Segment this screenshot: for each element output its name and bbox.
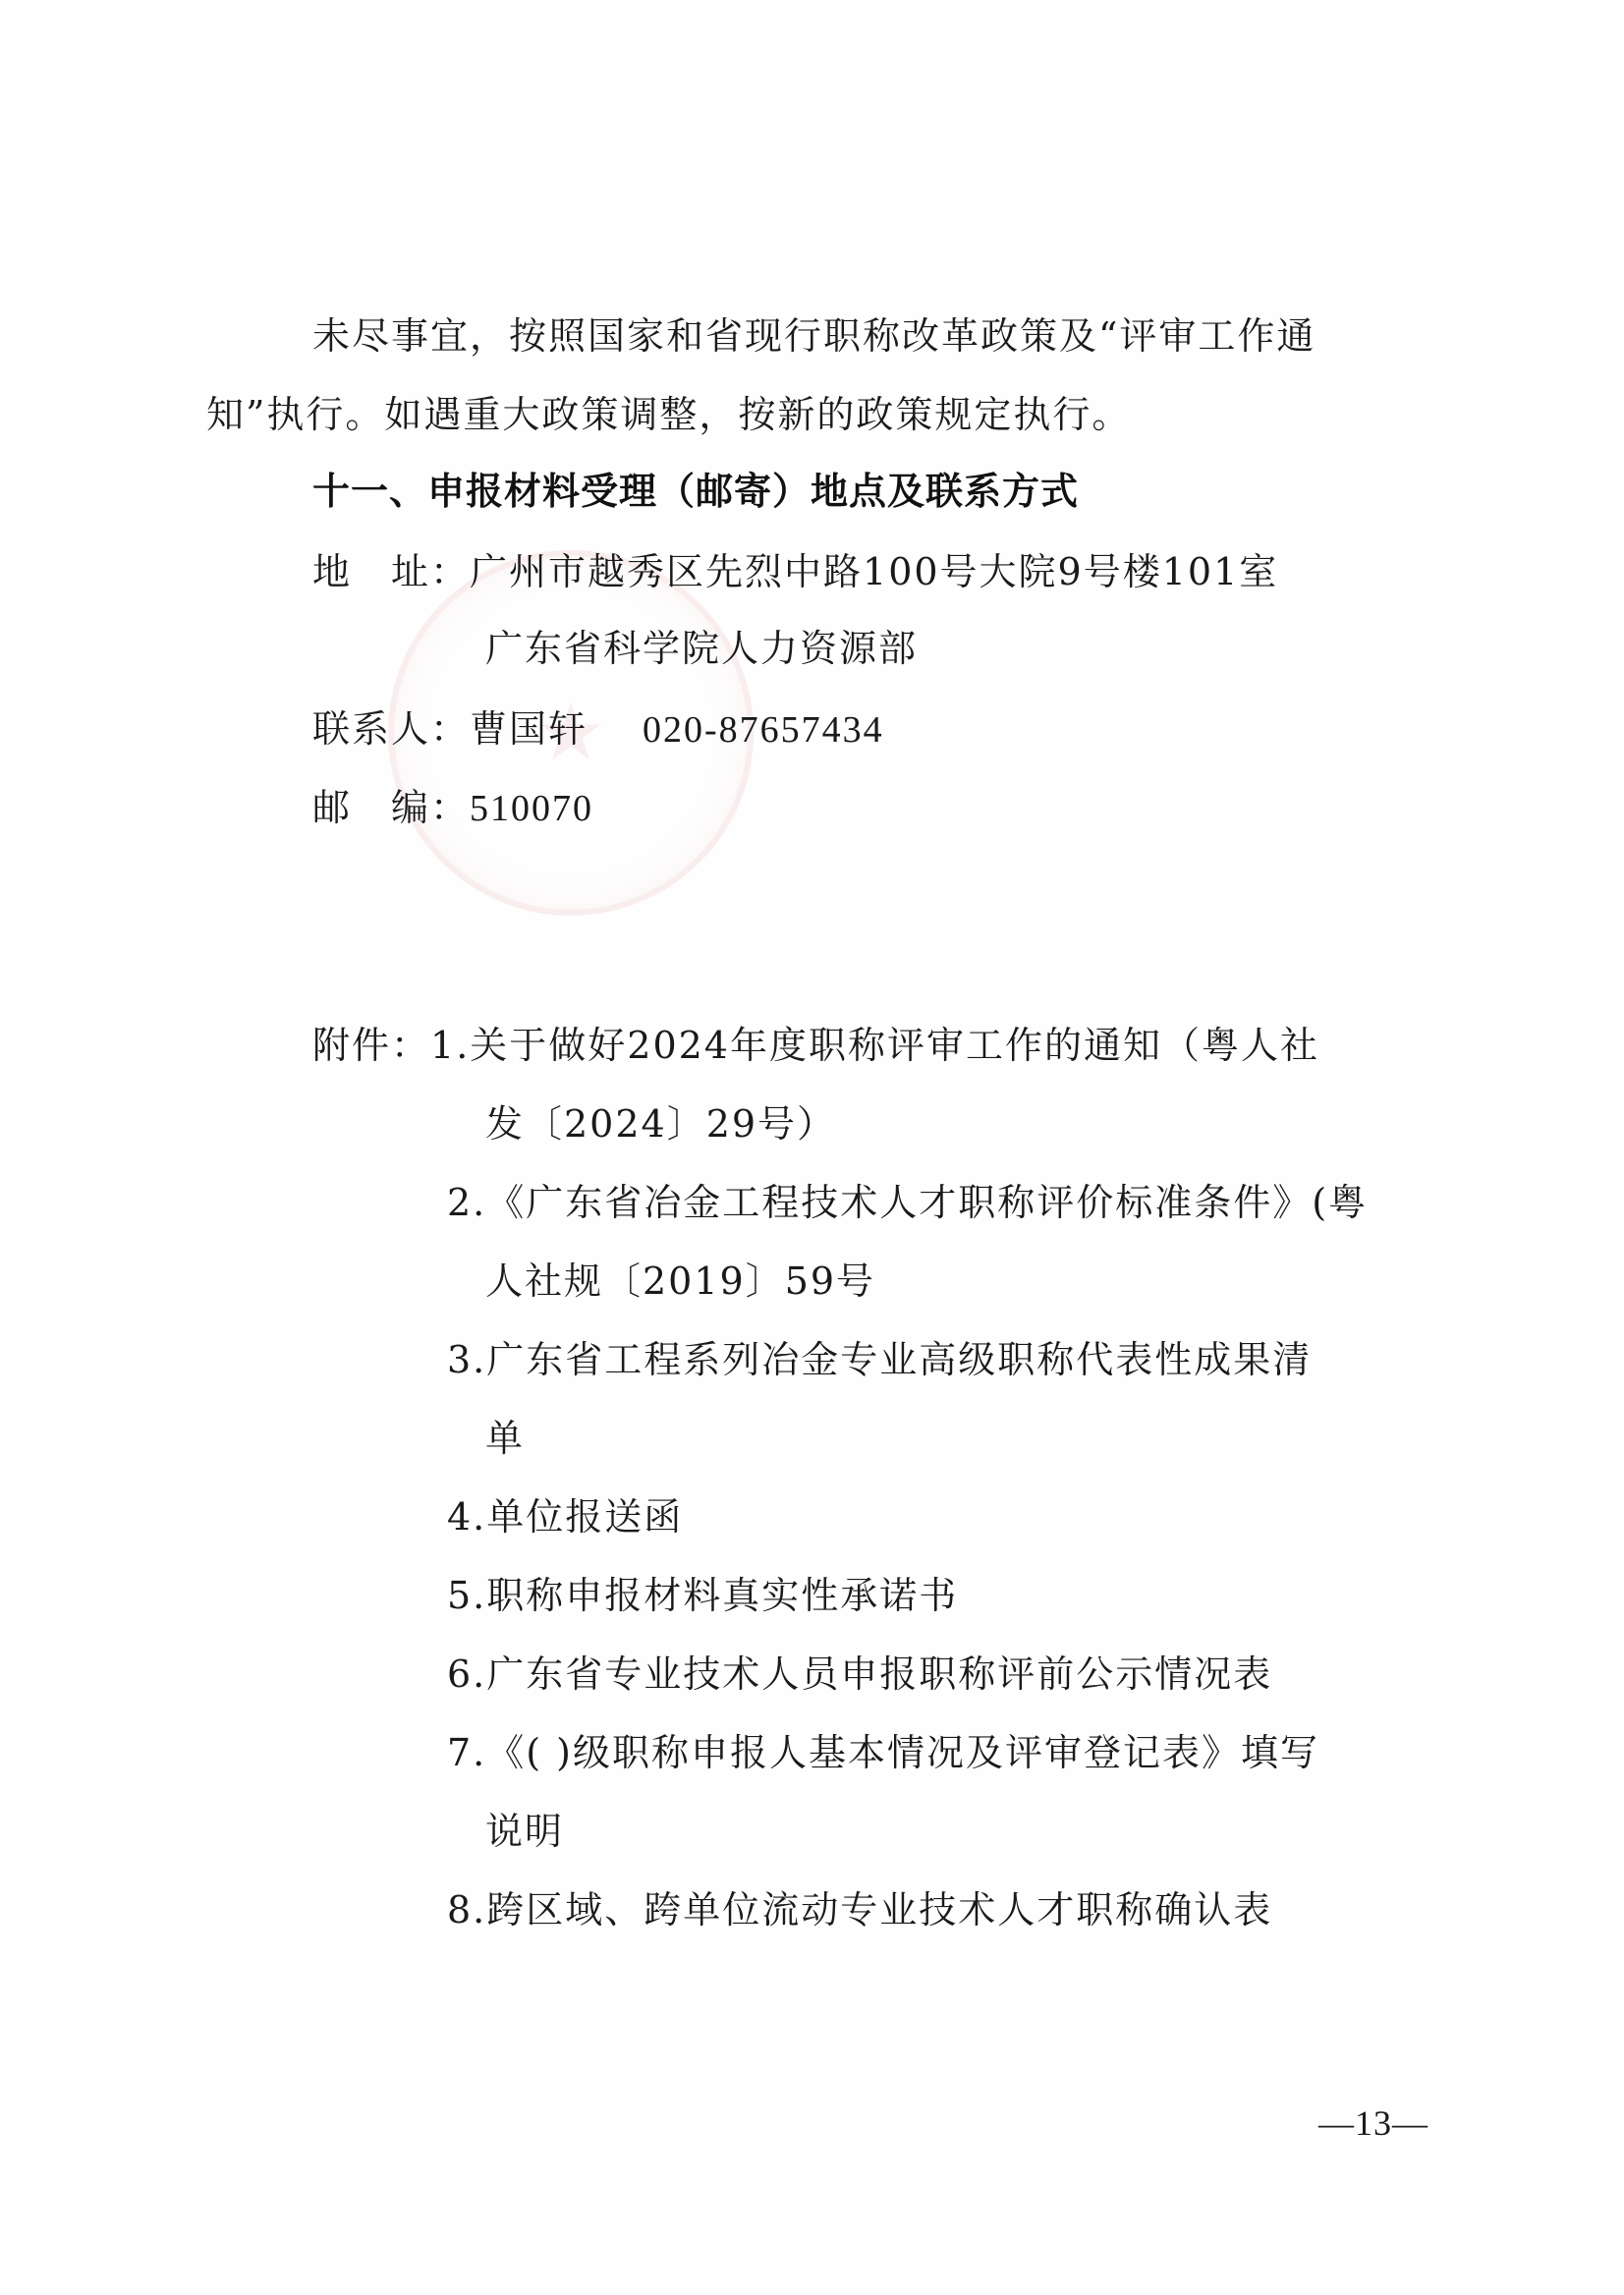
attachment-title: 《( )级职称申报人基本情况及评审登记表》填写 [486,1731,1319,1774]
attachment-item-2: 2.《广东省冶金工程技术人才职称评价标准条件》(粤 [447,1179,1368,1226]
postcode-row: 邮 编：510070 [312,784,593,832]
intro-paragraph-line-2: 知”执行。如遇重大政策调整，按新的政策规定执行。 [206,391,1131,438]
attachment-item-3: 3.广东省工程系列冶金专业高级职称代表性成果清 [447,1336,1312,1383]
address-value: 广州市越秀区先烈中路100号大院9号楼101室 [470,550,1278,593]
address-label: 地 址： [312,550,470,593]
attachment-title: 广东省工程系列冶金专业高级职称代表性成果清 [486,1338,1312,1381]
address-line-2: 广东省科学院人力资源部 [485,625,918,672]
attachment-item-8: 8.跨区域、跨单位流动专业技术人才职称确认表 [447,1886,1272,1933]
contact-person-name: 曹国轩 [470,707,588,751]
attachment-title: 广东省专业技术人员申报职称评前公示情况表 [486,1652,1272,1696]
attachment-number: 2. [447,1181,486,1224]
attachment-item-5: 5.职称申报材料真实性承诺书 [447,1572,958,1619]
attachment-title: 关于做好2024年度职称评审工作的通知（粤人社 [470,1024,1319,1067]
attachment-title: 职称申报材料真实性承诺书 [486,1574,958,1617]
contact-person-row: 联系人：曹国轩020-87657434 [312,705,884,754]
attachment-number: 5. [447,1574,486,1617]
attachment-item-6: 6.广东省专业技术人员申报职称评前公示情况表 [447,1651,1272,1698]
address-row: 地 址：广州市越秀区先烈中路100号大院9号楼101室 [312,548,1278,595]
attachment-title: 单位报送函 [486,1495,683,1539]
postcode-label: 邮 编： [312,786,470,829]
attachment-number: 3. [447,1338,486,1381]
attachment-item-7: 7.《( )级职称申报人基本情况及评审登记表》填写 [447,1729,1319,1776]
attachment-number: 1. [430,1024,470,1067]
attachment-number: 6. [447,1652,486,1696]
intro-paragraph-line-1: 未尽事宜，按照国家和省现行职称改革政策及“评审工作通 [312,312,1316,360]
attachment-item-1: 附件：1.关于做好2024年度职称评审工作的通知（粤人社 [312,1022,1319,1069]
attachment-item-7-continuation: 说明 [485,1808,564,1855]
attachments-label: 附件： [312,1024,430,1067]
attachment-item-4: 4.单位报送函 [447,1493,683,1540]
attachment-item-1-continuation: 发〔2024〕29号） [485,1100,836,1147]
attachment-title: 《广东省冶金工程技术人才职称评价标准条件》(粤 [486,1181,1368,1224]
attachment-number: 7. [447,1731,486,1774]
attachment-item-3-continuation: 单 [485,1415,525,1462]
page-number: —13— [1318,2102,1428,2144]
postcode-value: 510070 [470,788,593,829]
attachment-number: 4. [447,1495,486,1539]
attachment-number: 8. [447,1888,486,1931]
section-heading: 十一、申报材料受理（邮寄）地点及联系方式 [312,468,1079,515]
attachment-item-2-continuation: 人社规〔2019〕59号 [485,1258,875,1305]
attachment-title: 跨区域、跨单位流动专业技术人才职称确认表 [486,1888,1272,1931]
contact-phone: 020-87657434 [643,709,884,751]
contact-person-label: 联系人： [312,707,470,751]
document-page: ★ 未尽事宜，按照国家和省现行职称改革政策及“评审工作通 知”执行。如遇重大政策… [0,0,1624,2295]
